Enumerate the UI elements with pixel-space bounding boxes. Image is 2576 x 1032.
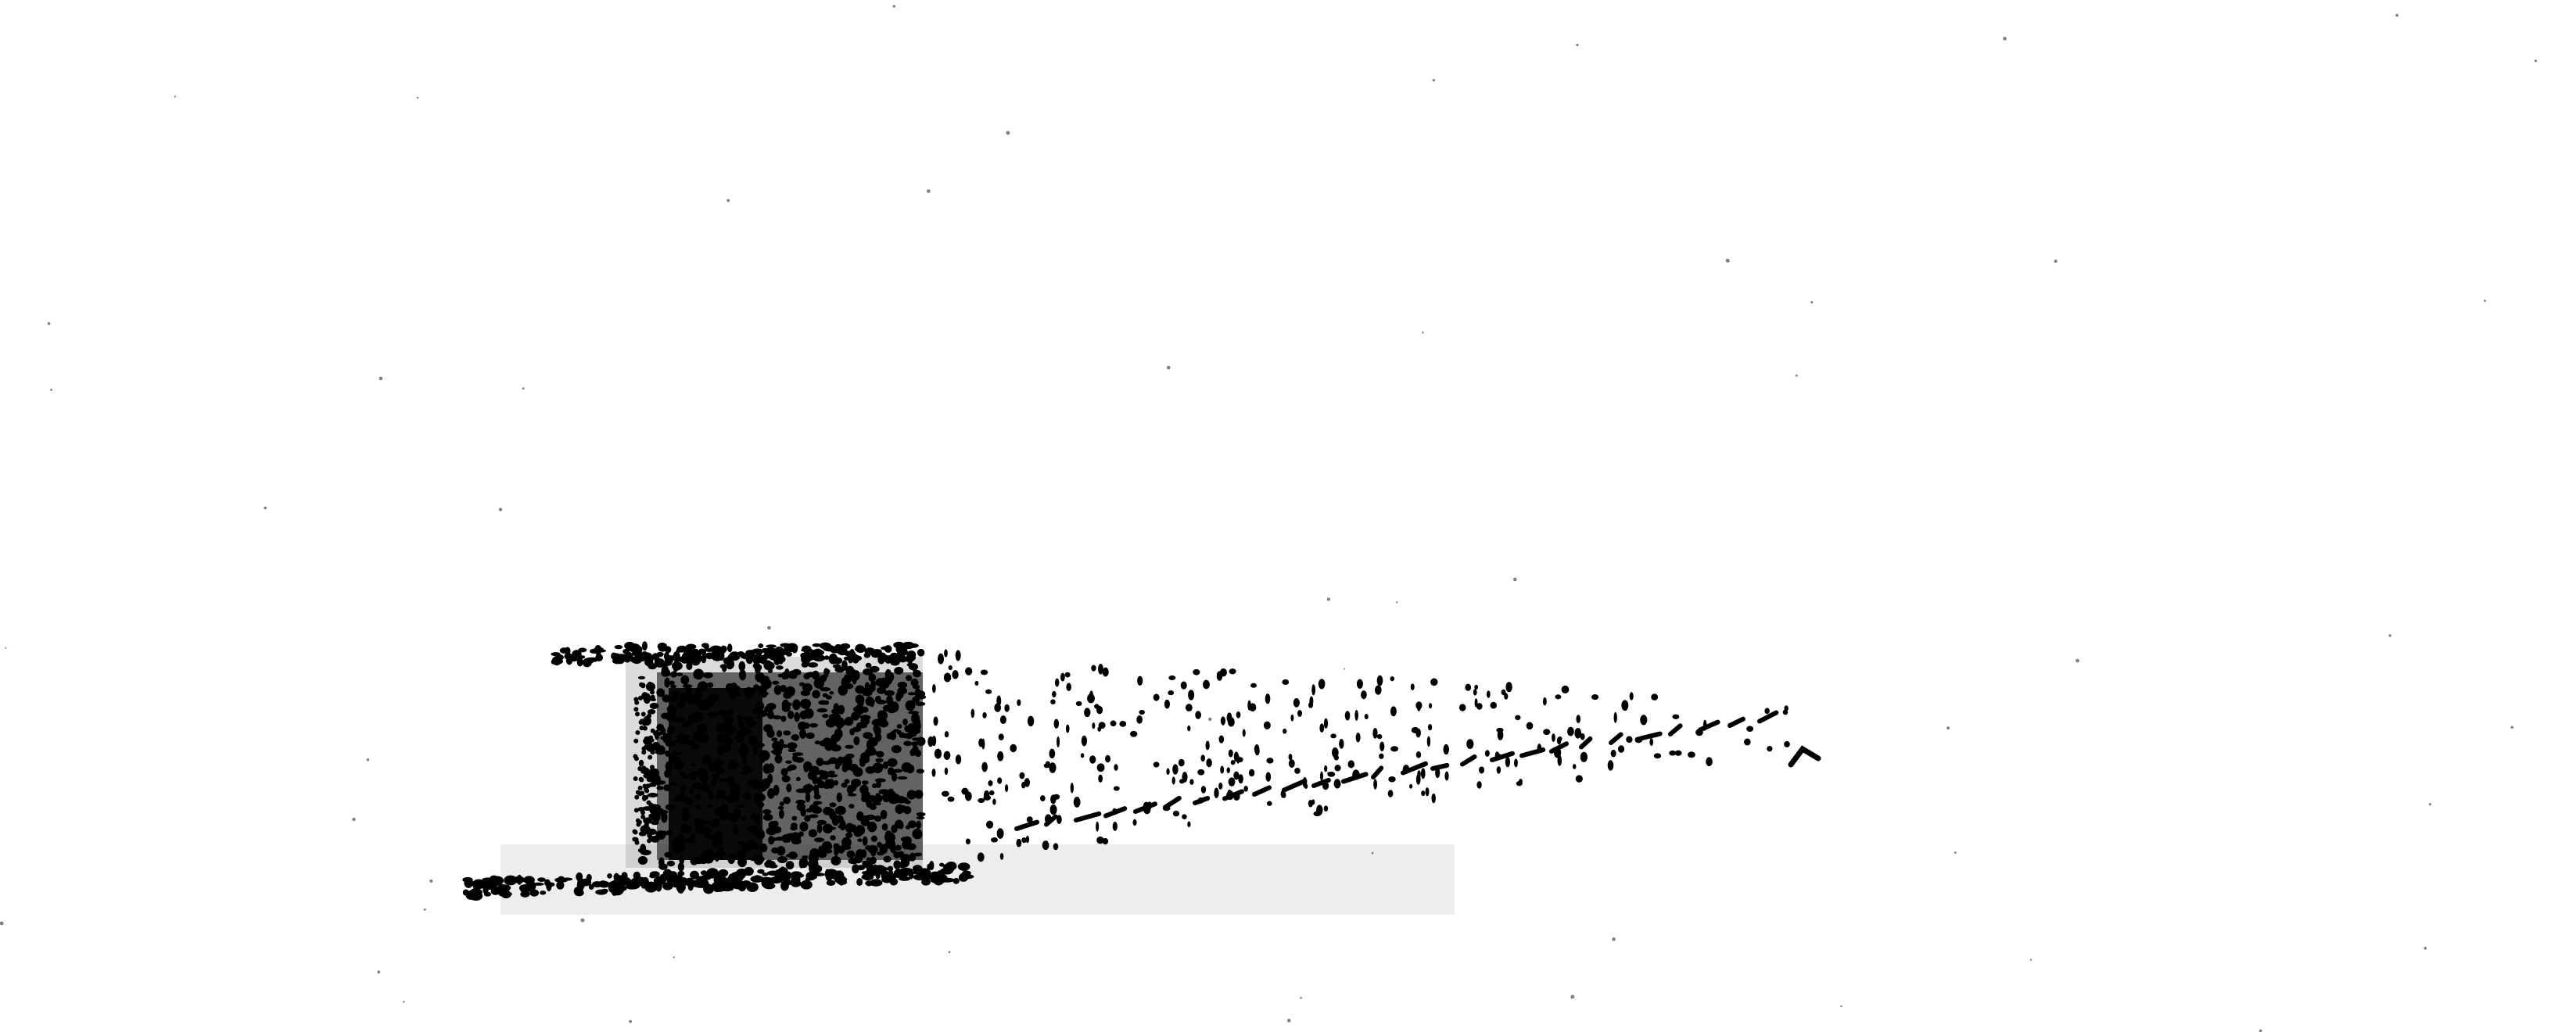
stipple-drawing (0, 0, 2576, 1032)
dark-doorway-block (637, 644, 926, 872)
